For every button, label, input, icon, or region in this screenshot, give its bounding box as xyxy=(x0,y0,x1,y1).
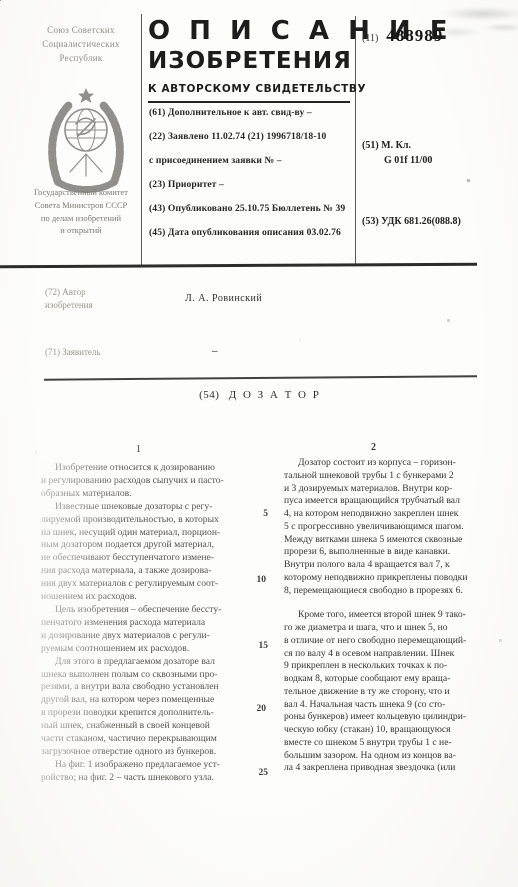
divider-vertical-right xyxy=(355,16,356,266)
field-priority: (23) Приоритет – xyxy=(149,180,352,191)
paragraph-solution: Для этого в предлагаемом дозаторе вал шн… xyxy=(41,656,255,759)
line-number-20: 20 xyxy=(250,704,266,714)
field-application-filed: (22) Заявлено 11.02.74 (21) 1996718/18-1… xyxy=(149,132,352,143)
column-2-number: 2 xyxy=(371,442,376,453)
ipc-label: (51) М. Кл. xyxy=(362,138,432,153)
divider-horizontal-bottom xyxy=(44,375,477,380)
document-number-value: 488989 xyxy=(386,26,443,45)
paragraph-construction-2: Кроме того, имеется второй шнек 9 тако- … xyxy=(284,609,498,775)
paragraph-construction-1: Дозатор состоит из корпуса – горизон- та… xyxy=(284,457,498,597)
patent-page: Союз Советских Социалистических Республи… xyxy=(0,0,518,887)
udc-code: (53) УДК 681.26(088.8) xyxy=(362,216,461,227)
ussr-coat-of-arms-icon xyxy=(40,84,132,196)
invention-title-code: (54) xyxy=(199,389,219,401)
line-number-15: 15 xyxy=(252,641,268,651)
title-subtitle: К АВТОРСКОМУ СВИДЕТЕЛЬСТВУ xyxy=(148,83,350,103)
title-line-1: О П И С А Н И Е xyxy=(148,16,350,46)
paragraph-goal: Цель изобретения – обеспечение бессту- п… xyxy=(41,604,255,656)
field-additional-to-certificate: (61) Дополнительное к авт. свид-ву – xyxy=(149,108,352,119)
line-number-10: 10 xyxy=(250,575,266,585)
author-name: Л. А. Ровинский xyxy=(185,293,262,304)
committee-name: Государственный комитет Совета Министров… xyxy=(18,186,144,237)
invention-title-text: Д О З А Т О Р xyxy=(229,389,321,401)
applicant-value: – xyxy=(212,345,218,357)
document-title: О П И С А Н И Е ИЗОБРЕТЕНИЯ К АВТОРСКОМУ… xyxy=(148,16,350,103)
document-number: (11) 488989 xyxy=(362,26,443,46)
scan-specks xyxy=(0,0,1,1)
paragraph-prior-art: Известные шнековые дозаторы с регу- лиру… xyxy=(41,501,255,604)
column-1-number: 1 xyxy=(136,444,141,455)
applicant-label: (71) Заявитель xyxy=(45,347,100,357)
ipc-class: (51) М. Кл. G 01f 11/00 xyxy=(362,138,432,168)
paragraph-figures: На фиг. 1 изображено предлагаемое уст- р… xyxy=(41,759,255,785)
author-label: (72) Автор изобретения xyxy=(45,286,93,312)
field-description-publication-date: (45) Дата опубликования описания 03.02.7… xyxy=(149,228,352,239)
line-number-25: 25 xyxy=(252,768,268,778)
paragraph-intro: Изобретение относится к дозированию и ре… xyxy=(41,462,255,501)
text-column-left: Изобретение относится к дозированию и ре… xyxy=(41,462,255,785)
invention-title: (54) Д О З А Т О Р xyxy=(120,389,400,401)
ipc-value: G 01f 11/00 xyxy=(362,153,432,168)
divider-vertical-left xyxy=(141,14,142,266)
text-column-right: Дозатор состоит из корпуса – горизон- та… xyxy=(284,457,498,775)
bibliographic-fields: (61) Дополнительное к авт. свид-ву – (22… xyxy=(149,108,352,252)
divider-horizontal-top xyxy=(0,263,477,268)
field-joined-application: с присоединением заявки № – xyxy=(149,156,352,167)
line-number-5: 5 xyxy=(252,509,268,519)
issuer-name: Союз Советских Социалистических Республи… xyxy=(20,24,142,66)
field-published: (43) Опубликовано 25.10.75 Бюллетень № 3… xyxy=(149,204,352,215)
title-line-2: ИЗОБРЕТЕНИЯ xyxy=(148,48,350,74)
document-number-code: (11) xyxy=(362,33,378,44)
